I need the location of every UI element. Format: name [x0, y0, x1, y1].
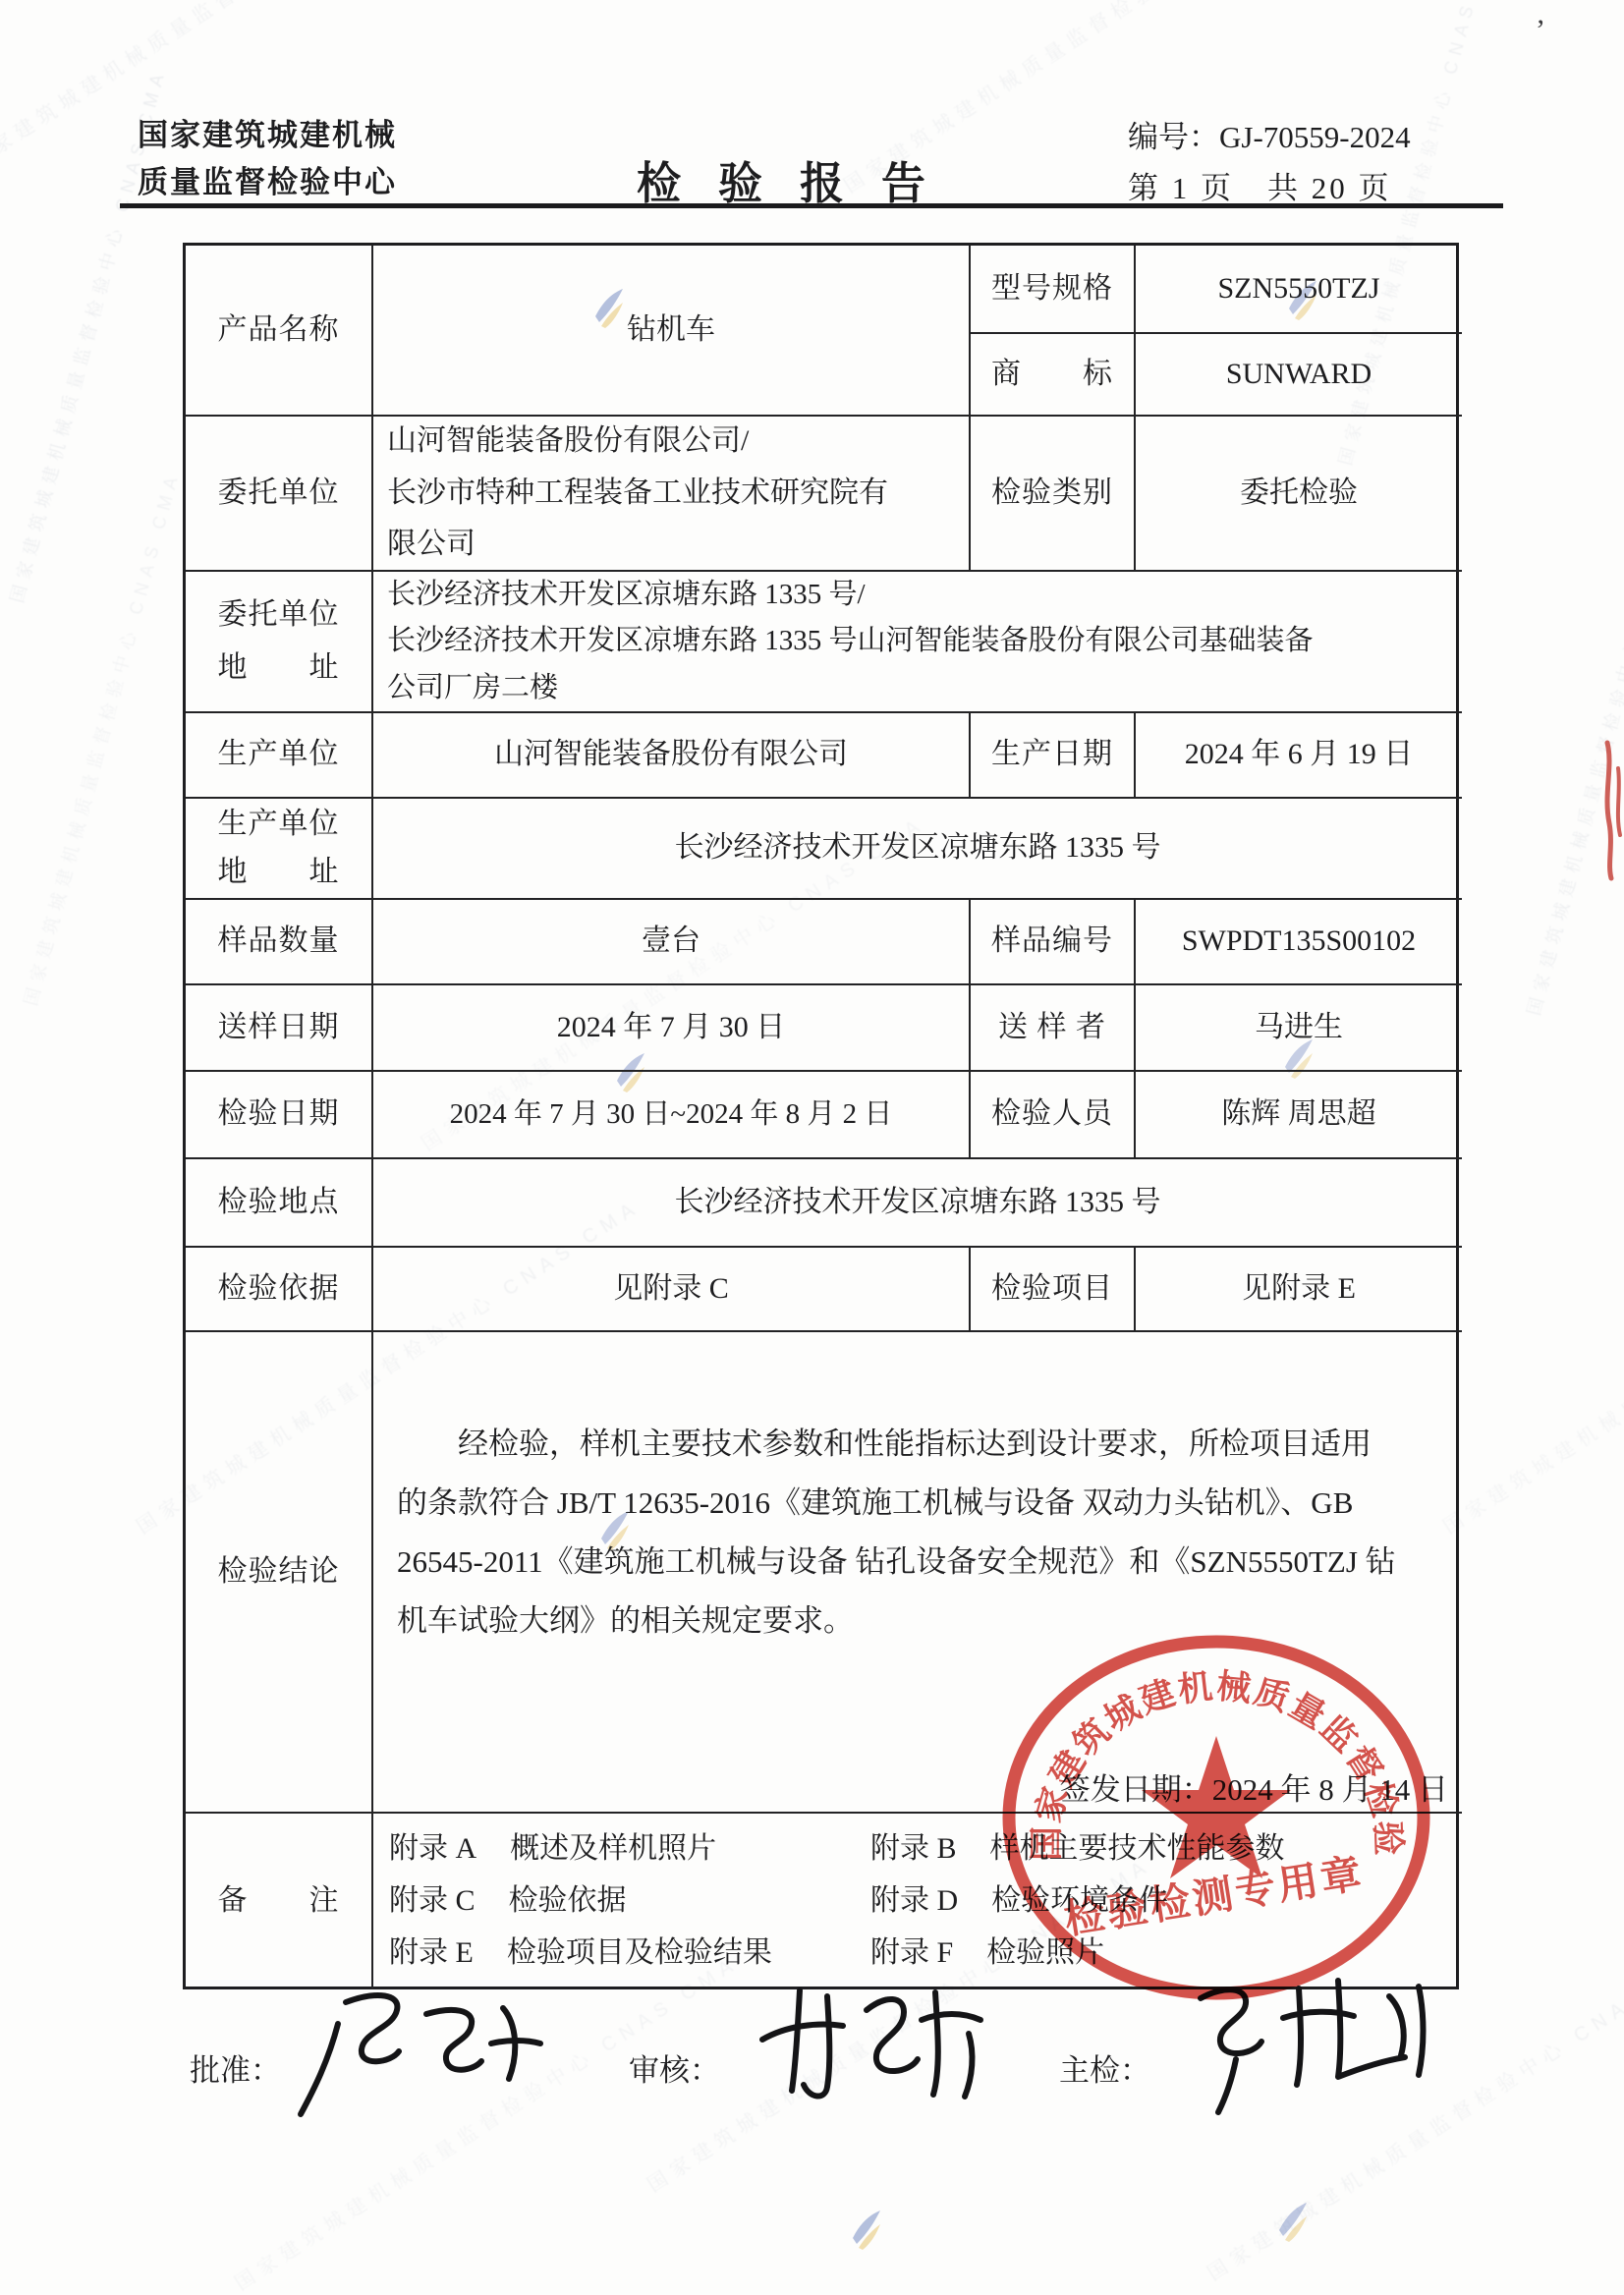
inspection-place-label: 检验地点 [186, 1159, 373, 1248]
center-logo-watermark [1273, 2201, 1311, 2244]
manufacturer-address-label-line: 生产单位 [218, 805, 340, 845]
inspection-items-label: 检验项目 [971, 1248, 1136, 1332]
appendix-name: 概述及样机照片 [510, 1829, 716, 1870]
appendix-code: 附录 F [870, 1933, 953, 1974]
conclusion-line: 机车试验大纲》的相关规定要求。 [397, 1592, 854, 1651]
org-name-line2: 质量监督检验中心 [138, 157, 397, 201]
client-line: 长沙市特种工程装备工业技术研究院有 [387, 474, 888, 514]
inspection-type-label: 检验类别 [971, 417, 1136, 572]
client-address-label-line: 委托单位 [218, 595, 340, 636]
red-edge-mark [1599, 739, 1624, 881]
manufacturer-label: 生产单位 [186, 713, 373, 799]
sample-no-value: SWPDT135S00102 [1136, 900, 1462, 985]
inspection-report-page: 国家建筑城建机械质量监督检验中心 CNAS CMA 国家建筑城建机械质量监督检验… [0, 0, 1624, 2295]
report-title: 检验报告 [637, 147, 963, 211]
manufacturer-address-label: 生产单位 地 址 [186, 799, 373, 900]
production-date-label: 生产日期 [971, 713, 1136, 799]
scan-speck: ’ [1536, 14, 1545, 47]
stamp-inner-text: 检验检测专用章 [1061, 1850, 1367, 1942]
deliverer-value: 马进生 [1136, 985, 1462, 1072]
model-label: 型号规格 [971, 246, 1136, 334]
stamp-star-icon [1142, 1736, 1291, 1878]
production-date-value: 2024 年 6 月 19 日 [1136, 713, 1462, 799]
center-logo-watermark [847, 2209, 884, 2252]
inspectors-label: 检验人员 [971, 1072, 1136, 1159]
client-line: 山河智能装备股份有限公司/ [387, 421, 749, 462]
trademark-label: 商 标 [971, 334, 1136, 417]
appendix-item: 附录 E检验项目及检验结果 [373, 1933, 870, 1974]
appendix-item: 附录 C检验依据 [373, 1881, 870, 1922]
conclusion-line: 经检验，样机主要技术参数和性能指标达到设计要求，所检项目适用 [397, 1415, 1372, 1474]
manufacturer-address-label-line: 地 址 [218, 853, 340, 893]
trademark-value: SUNWARD [1136, 334, 1462, 417]
sample-no-label: 样品编号 [971, 900, 1136, 985]
manufacturer-value: 山河智能装备股份有限公司 [373, 713, 971, 799]
appendix-code: 附录 E [389, 1933, 474, 1974]
inspection-date-label: 检验日期 [186, 1072, 373, 1159]
product-name-value: 钻机车 [373, 246, 971, 417]
official-stamp: 国家建筑城建机械质量监督检验中心 检验检测专用章 [994, 1631, 1438, 2024]
inspection-basis-label: 检验依据 [186, 1248, 373, 1332]
inspection-type-value: 委托检验 [1136, 417, 1462, 572]
header-rule [120, 203, 1503, 208]
inspection-items-value: 见附录 E [1136, 1248, 1462, 1332]
inspectors-value: 陈辉 周思超 [1136, 1072, 1462, 1159]
signature-review [747, 1975, 1012, 2122]
watermark-text: 国家建筑城建机械质量监督检验中心 CNAS CMA [17, 468, 185, 1009]
inspection-basis-value: 见附录 C [373, 1248, 971, 1332]
review-label: 审核： [629, 2045, 720, 2090]
appendix-item: 附录 A概述及样机照片 [373, 1829, 870, 1870]
client-address-label-line: 地 址 [218, 648, 340, 689]
org-name-line1: 国家建筑城建机械 [138, 110, 397, 154]
signature-approve [295, 1983, 560, 2120]
client-address-label: 委托单位 地 址 [186, 572, 373, 713]
sample-qty-value: 壹台 [373, 900, 971, 985]
remarks-label: 备 注 [186, 1814, 373, 1989]
delivery-date-value: 2024 年 7 月 30 日 [373, 985, 971, 1072]
client-line: 限公司 [387, 525, 476, 565]
watermark-text: 国家建筑城建机械质量监督检验中心 CNAS CMA [1520, 477, 1624, 1019]
inspection-date-value: 2024 年 7 月 30 日~2024 年 8 月 2 日 [373, 1072, 971, 1159]
chief-label: 主检： [1059, 2045, 1150, 2090]
report-number: 编号：GJ-70559-2024 [1128, 112, 1411, 156]
deliverer-label: 送 样 者 [971, 985, 1136, 1072]
client-value: 山河智能装备股份有限公司/ 长沙市特种工程装备工业技术研究院有 限公司 [373, 417, 971, 572]
inspection-place-value: 长沙经济技术开发区凉塘东路 1335 号 [373, 1159, 1462, 1248]
conclusion-label: 检验结论 [186, 1332, 373, 1814]
appendix-name: 检验项目及检验结果 [507, 1933, 772, 1974]
client-address-line: 长沙经济技术开发区凉塘东路 1335 号/ [387, 576, 866, 614]
product-name-label: 产品名称 [186, 246, 373, 417]
client-label: 委托单位 [186, 417, 373, 572]
watermark-text: 国家建筑城建机械质量监督检验中心 CNAS CMA [1436, 1191, 1624, 1539]
appendix-code: 附录 B [870, 1829, 957, 1870]
appendix-code: 附录 A [389, 1829, 476, 1870]
appendix-code: 附录 D [870, 1881, 958, 1922]
client-address-line: 长沙经济技术开发区凉塘东路 1335 号山河智能装备股份有限公司基础装备 [387, 622, 1314, 660]
appendix-code: 附录 C [389, 1881, 476, 1922]
conclusion-line: 的条款符合 JB/T 12635-2016《建筑施工机械与设备 双动力头钻机》、… [397, 1474, 1353, 1533]
client-address-line: 公司厂房二楼 [387, 669, 558, 707]
appendix-name: 检验依据 [509, 1881, 627, 1922]
delivery-date-label: 送样日期 [186, 985, 373, 1072]
manufacturer-address-value: 长沙经济技术开发区凉塘东路 1335 号 [373, 799, 1462, 900]
conclusion-line: 26545-2011《建筑施工机械与设备 钻孔设备安全规范》和《SZN5550T… [397, 1533, 1396, 1592]
approve-label: 批准： [190, 2045, 281, 2090]
client-address-value: 长沙经济技术开发区凉塘东路 1335 号/ 长沙经济技术开发区凉塘东路 1335… [373, 572, 1462, 713]
sample-qty-label: 样品数量 [186, 900, 373, 985]
page-indicator: 第 1 页 共 20 页 [1128, 163, 1392, 207]
model-value: SZN5550TZJ [1136, 246, 1462, 334]
